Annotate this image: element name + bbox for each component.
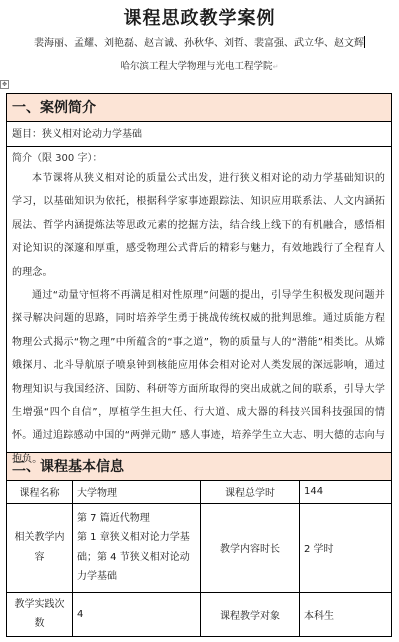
course-info-table: 课程名称 大学物理 课程总学时 144 相关教学内容 第 7 篇近代物理 第 1… — [7, 481, 391, 636]
table-row: 教学实践次数 4 课程教学对象 本科生 — [7, 592, 391, 636]
practice-count-label: 教学实践次数 — [7, 592, 73, 636]
paragraph-mark-icon: ↵ — [273, 63, 279, 71]
total-hours-value[interactable]: 144 — [300, 481, 392, 503]
text-cursor — [364, 36, 365, 48]
target-audience-value[interactable]: 本科生 — [300, 592, 392, 636]
authors-text: 裴海丽、孟耀、刘艳磊、赵言诚、孙秋华、刘哲、裴富强、武立华、赵文辉 — [34, 38, 364, 49]
topic-label: 题目： — [12, 129, 42, 140]
section-heading-course-info: 二、课程基本信息 — [7, 453, 391, 481]
authors-line: 裴海丽、孟耀、刘艳磊、赵言诚、孙秋华、刘哲、裴富强、武立华、赵文辉 — [0, 34, 399, 49]
total-hours-label: 课程总学时 — [201, 481, 300, 503]
case-table: 一、案例简介 题目：狭义相对论动力学基础 简介（限 300 字）： 本节课将从狭… — [6, 93, 392, 637]
table-row: 相关教学内容 第 7 篇近代物理 第 1 章狭义相对论力学基础；第 4 节狭义相… — [7, 503, 391, 592]
intro-paragraph-2: 通过“动量守恒将不再满足相对性原理”问题的提出，引导学生积极发现问题并探寻解决问… — [12, 284, 385, 471]
topic-row[interactable]: 题目：狭义相对论动力学基础 — [7, 122, 391, 147]
topic-value: 狭义相对论动力学基础 — [42, 129, 142, 140]
content-duration-label: 教学内容时长 — [201, 503, 300, 592]
intro-paragraph-1: 本节课将从狭义相对论的质量公式出发，进行狭义相对论的动力学基础知识的学习，以基础… — [12, 167, 385, 284]
section2-heading-text: 二、课程基本信息 — [12, 459, 124, 475]
content-duration-value[interactable]: 2 学时 — [300, 503, 392, 592]
affiliation: 哈尔滨工程大学物理与光电工程学院↵ — [0, 58, 399, 72]
related-content-label: 相关教学内容 — [7, 503, 73, 592]
practice-count-value[interactable]: 4 — [73, 592, 201, 636]
intro-cell[interactable]: 简介（限 300 字）： 本节课将从狭义相对论的质量公式出发，进行狭义相对论的动… — [7, 147, 391, 453]
target-audience-label: 课程教学对象 — [201, 592, 300, 636]
affiliation-text: 哈尔滨工程大学物理与光电工程学院 — [121, 61, 273, 72]
intro-label: 简介（限 300 字）： — [12, 151, 385, 167]
table-row: 课程名称 大学物理 课程总学时 144 — [7, 481, 391, 503]
related-content-line-2: 第 1 章狭义相对论力学基础；第 4 节狭义相对论动力学基础 — [77, 528, 196, 587]
section-heading-case-intro: 一、案例简介 — [7, 94, 391, 122]
document-title-text: 课程思政教学案例 — [124, 8, 276, 29]
course-name-label: 课程名称 — [7, 481, 73, 503]
table-move-handle-icon[interactable]: ✥ — [0, 80, 9, 89]
course-name-value[interactable]: 大学物理 — [73, 481, 201, 503]
related-content-value[interactable]: 第 7 篇近代物理 第 1 章狭义相对论力学基础；第 4 节狭义相对论动力学基础 — [73, 503, 201, 592]
document-title: 课程思政教学案例 — [0, 4, 399, 30]
section1-heading-text: 一、案例简介 — [12, 100, 96, 116]
related-content-line-1: 第 7 篇近代物理 — [77, 509, 196, 529]
